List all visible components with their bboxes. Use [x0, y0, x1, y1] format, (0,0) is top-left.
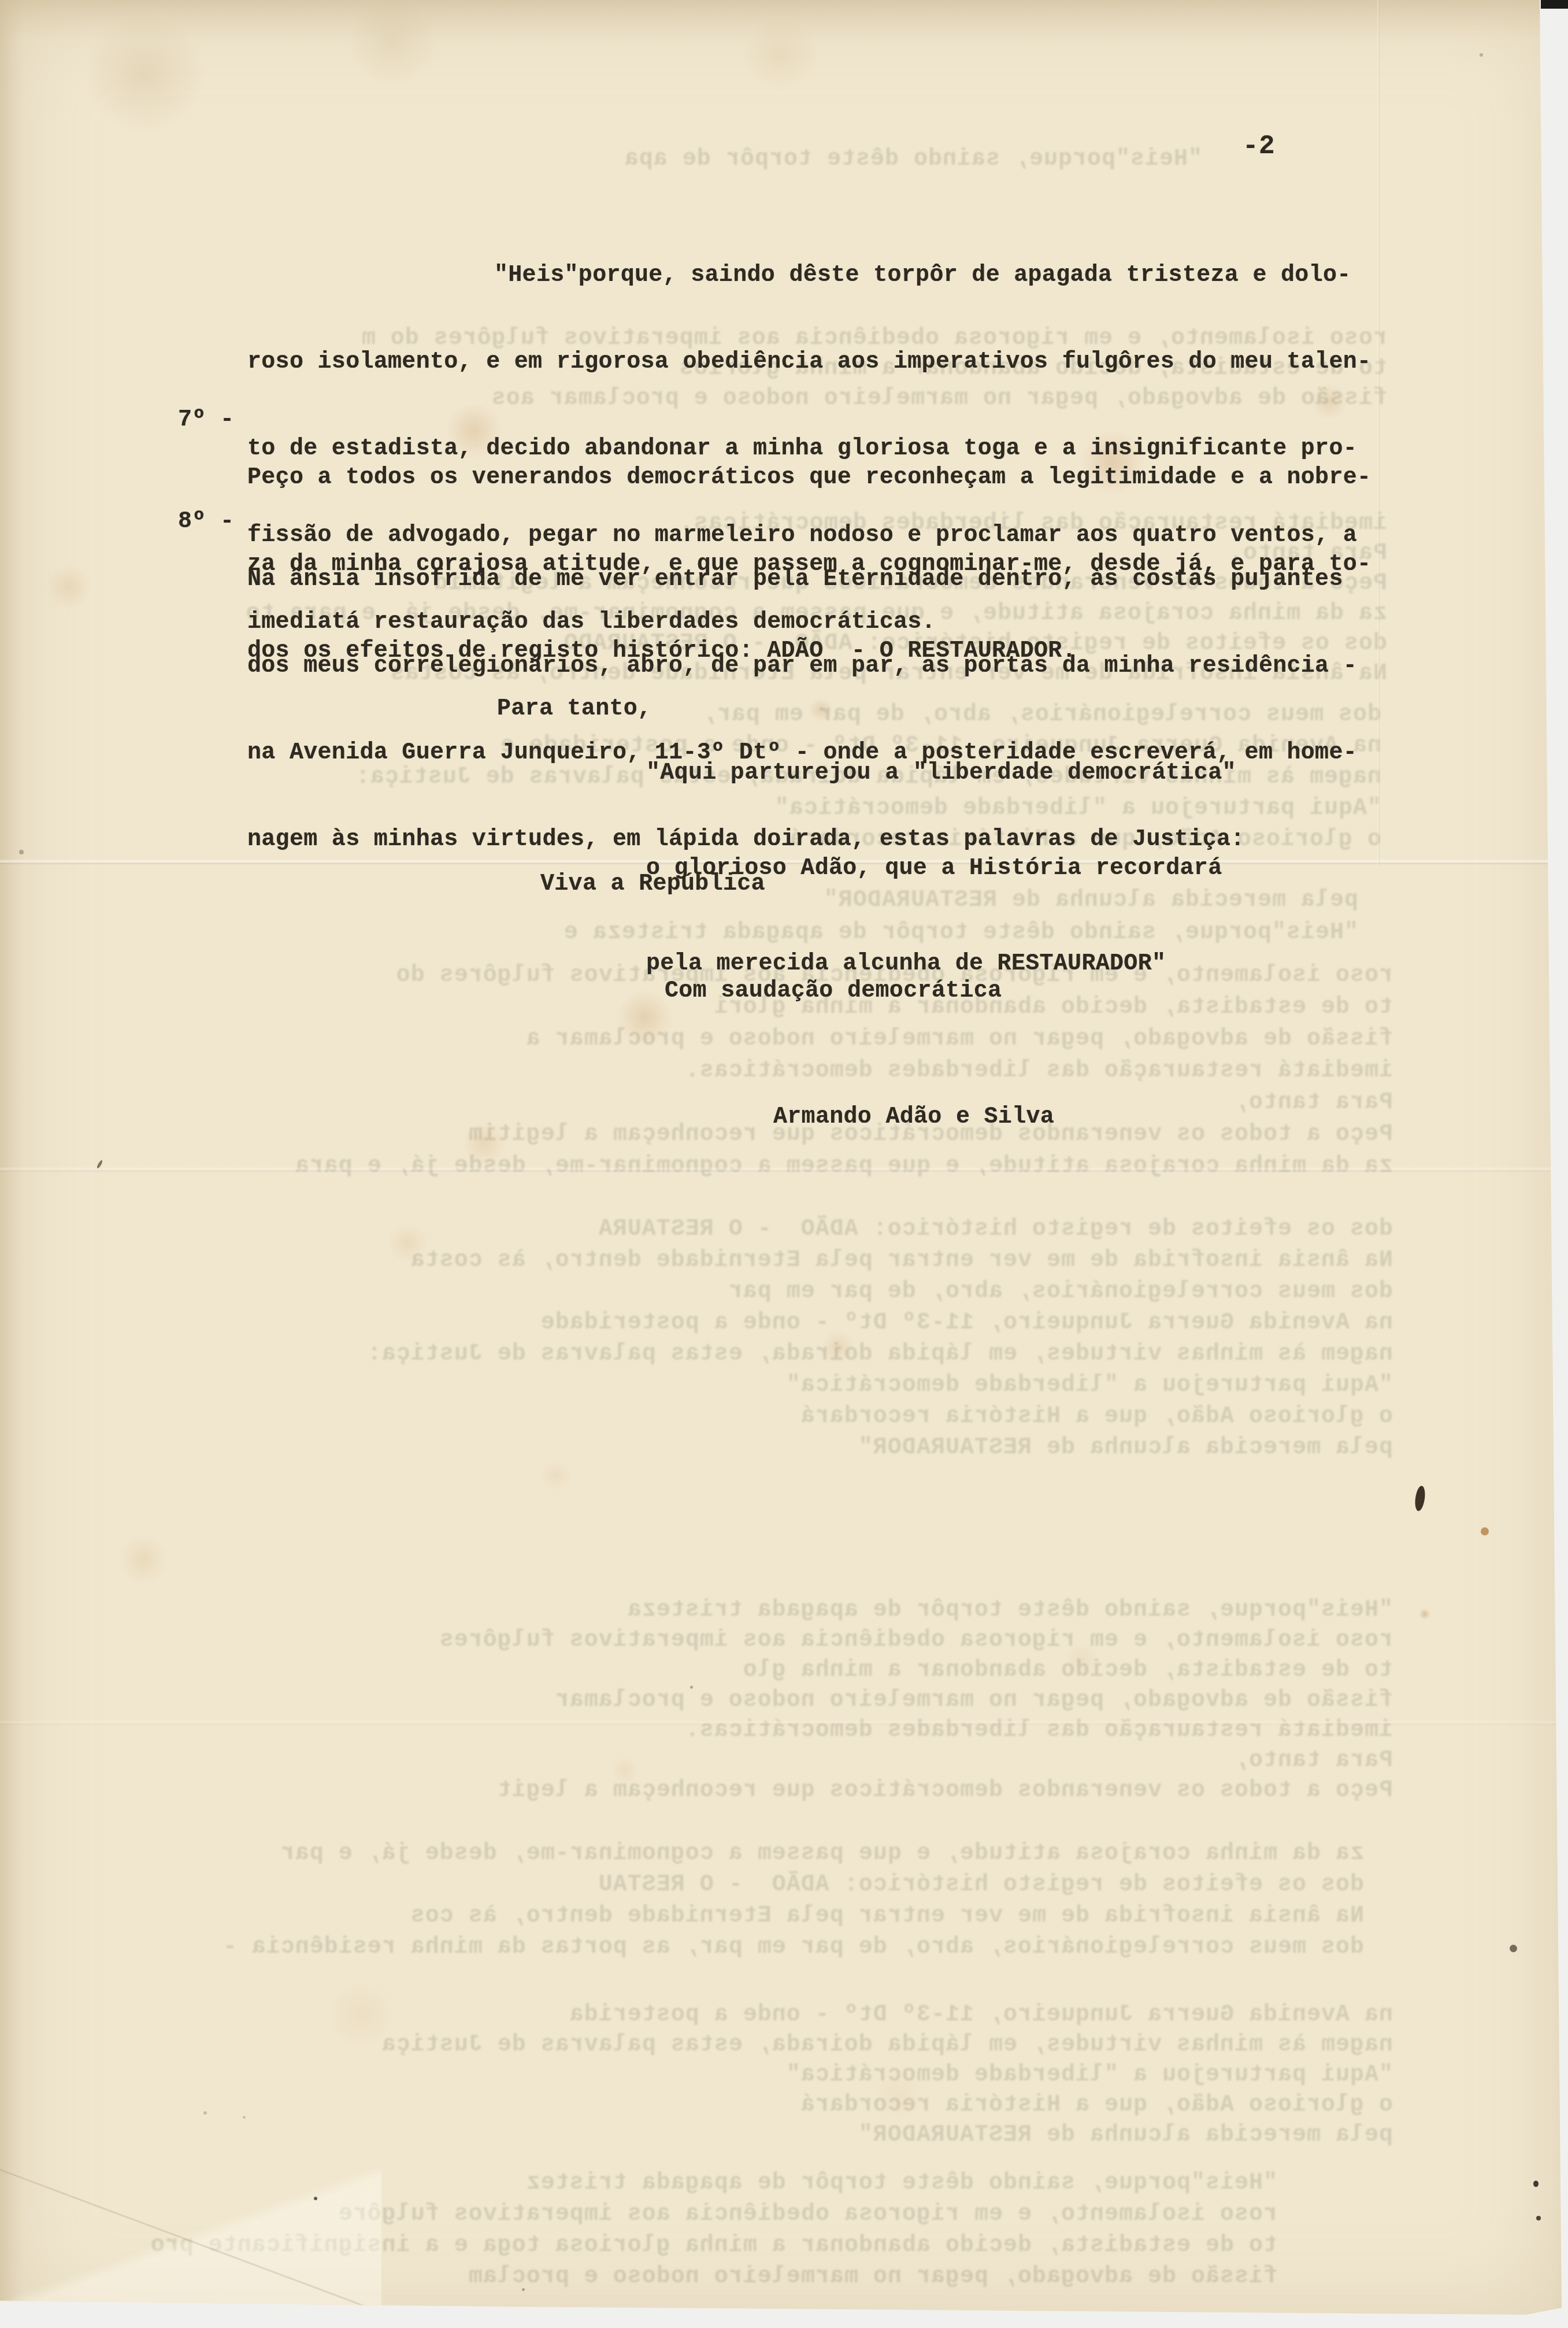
- item-line: dos meus correlegionários, abro, de par …: [247, 652, 1357, 681]
- salute-line: Viva a República: [540, 870, 765, 899]
- scanned-letter-page: "Heis"porque, saindo dêste torpôr de apa…: [0, 0, 1568, 2328]
- item-line: Peço a todos os venerandos democráticos …: [247, 464, 1371, 493]
- intro-line: roso isolamento, e em rigorosa obediênci…: [247, 348, 1371, 377]
- signature-line: Armando Adão e Silva: [773, 1103, 1054, 1132]
- plaque-line: "Aqui parturejou a "liberdade democrátic…: [646, 757, 1236, 789]
- closing-line: Com saudação democrática: [665, 977, 1002, 1006]
- paper-sheet: "Heis"porque, saindo dêste torpôr de apa…: [0, 0, 1568, 2328]
- item-line: Na ânsia insofrida de me ver entrar pela…: [247, 565, 1357, 594]
- intro-line: "Heis"porque, saindo dêste torpôr de apa…: [247, 261, 1371, 290]
- item-8-marker: 8º -: [178, 508, 234, 536]
- page-number: -2: [1243, 132, 1275, 161]
- item-7-marker: 7º -: [178, 406, 234, 435]
- scanner-edge-strip: [1541, 0, 1568, 9]
- plaque-line: pela merecida alcunha de RESTAURADOR": [646, 948, 1236, 980]
